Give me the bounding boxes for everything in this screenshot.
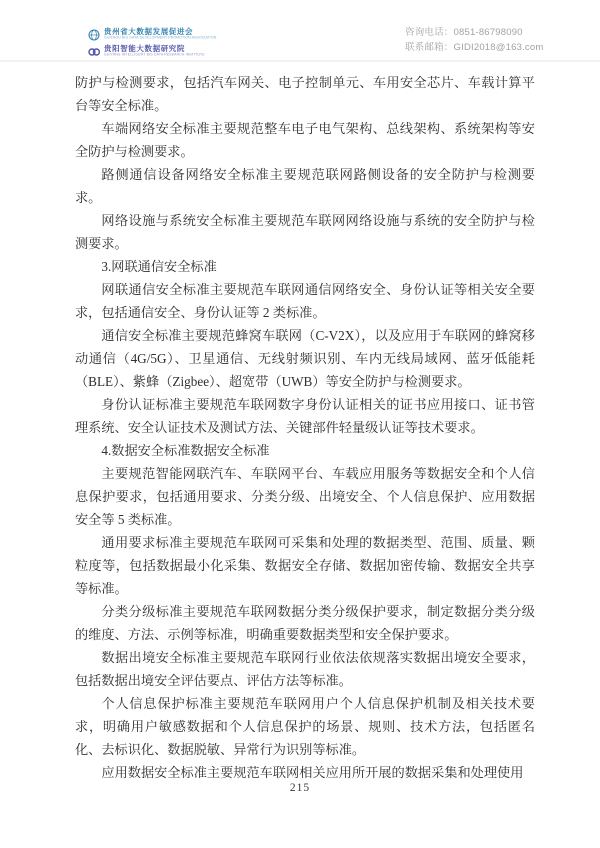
phone-value: 0851-86798090	[454, 27, 523, 38]
double-ring-icon	[88, 45, 100, 57]
header-contact: 咨询电话：0851-86798090 联系邮箱：GIDI2018@163.com	[405, 25, 543, 55]
paragraph: 应用数据安全标准主要规范车联网相关应用所开展的数据采集和处理使用	[75, 761, 535, 784]
section-heading: 4.数据安全标准数据安全标准	[75, 439, 535, 462]
globe-icon	[88, 28, 100, 40]
paragraph: 路侧通信设备网络安全标准主要规范联网路侧设备的安全防护与检测要求。	[75, 163, 535, 209]
paragraph: 身份认证标准主要规范车联网数字身份认证相关的证书应用接口、证书管理系统、安全认证…	[75, 393, 535, 439]
document-page: 贵州省大数据发展促进会 GUIZHOU BIG DATA DEVELOPMENT…	[0, 0, 600, 848]
paragraph: 分类分级标准主要规范车联网数据分类分级保护要求，制定数据分类分级的维度、方法、示…	[75, 600, 535, 646]
section-heading: 3.网联通信安全标准	[75, 255, 535, 278]
paragraph: 车端网络安全标准主要规范整车电子电气架构、总线架构、系统架构等安全防护与检测要求…	[75, 117, 535, 163]
phone-label: 咨询电话：	[405, 27, 454, 38]
paragraph: 网联通信安全标准主要规范车联网通信网络安全、身份认证等相关安全要求，包括通信安全…	[75, 278, 535, 324]
logo-association: 贵州省大数据发展促进会 GUIZHOU BIG DATA DEVELOPMENT…	[88, 26, 236, 41]
paragraph: 个人信息保护标准主要规范车联网用户个人信息保护机制及相关技术要求，明确用户敏感数…	[75, 692, 535, 761]
paragraph: 网络设施与系统安全标准主要规范车联网网络设施与系统的安全防护与检测要求。	[75, 209, 535, 255]
association-subtitle: GUIZHOU BIG DATA DEVELOPMENT PROMOTION A…	[104, 36, 217, 39]
contact-phone: 咨询电话：0851-86798090	[405, 25, 543, 40]
paragraph: 主要规范智能网联汽车、车联网平台、车载应用服务等数据安全和个人信息保护要求，包括…	[75, 462, 535, 531]
header-divider	[0, 60, 600, 62]
document-body: 防护与检测要求，包括汽车网关、电子控制单元、车用安全芯片、车载计算平台等安全标准…	[75, 71, 535, 784]
email-label: 联系邮箱：	[405, 42, 454, 53]
paragraph: 通信安全标准主要规范蜂窝车联网（C-V2X），以及应用于车联网的蜂窝移动通信（4…	[75, 324, 535, 393]
page-footer: 215	[0, 782, 600, 794]
email-value: GIDI2018@163.com	[454, 42, 544, 53]
paragraph: 防护与检测要求，包括汽车网关、电子控制单元、车用安全芯片、车载计算平台等安全标准…	[75, 71, 535, 117]
logo-institute: 贵阳智能大数据研究院 GUIYANG INTELLIGENT BIG DATA …	[88, 43, 236, 58]
contact-email: 联系邮箱：GIDI2018@163.com	[405, 40, 543, 55]
paragraph: 数据出境安全标准主要规范车联网行业依法依规落实数据出境安全要求，包括数据出境安全…	[75, 646, 535, 692]
page-number: 215	[290, 782, 310, 794]
institute-subtitle: GUIYANG INTELLIGENT BIG DATA RESEARCH IN…	[104, 53, 205, 56]
paragraph: 通用要求标准主要规范车联网可采集和处理的数据类型、范围、质量、颗粒度等，包括数据…	[75, 531, 535, 600]
header-logos: 贵州省大数据发展促进会 GUIZHOU BIG DATA DEVELOPMENT…	[88, 26, 236, 58]
